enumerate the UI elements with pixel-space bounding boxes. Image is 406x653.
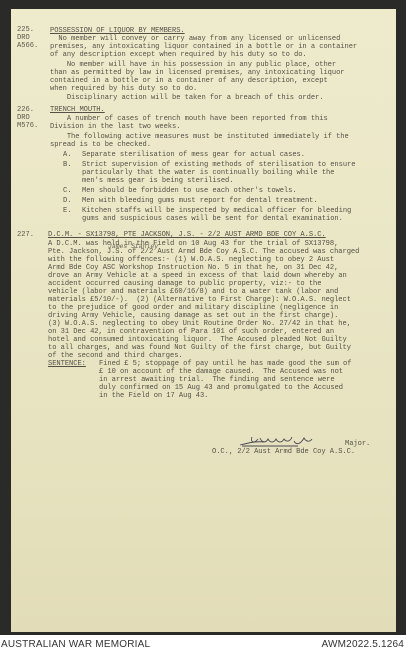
order-ref-number: A566. xyxy=(17,42,38,50)
order-number: 226. xyxy=(17,106,34,114)
measure-letter: B. xyxy=(63,161,71,169)
sentence-line: £ 10 on account of the damage caused. Th… xyxy=(99,368,343,376)
measure-line: gums and suspicious cases will be sent f… xyxy=(82,215,343,223)
sentence-line: in the Field on 17 Aug 43. xyxy=(99,392,208,400)
sentence-line: Fined £ 5; stoppage of pay until he has … xyxy=(99,360,351,368)
measure-line: men's mess gear is being sterilised. xyxy=(82,177,233,185)
order-line: contained in a bottle or in a container … xyxy=(50,77,328,85)
signatory-rank: Major. xyxy=(345,440,370,448)
order-line: premises, any intoxicating liquor contai… xyxy=(50,43,357,51)
order-title: D.C.M. - SX13798, PTE JACKSON, J.S. - 2/… xyxy=(48,231,326,239)
sentence-label: SENTENCE: xyxy=(48,360,86,368)
order-line: A D.C.M. was held in the Field on 10 Aug… xyxy=(48,240,338,248)
order-line: No member will convey or carry away from… xyxy=(50,35,340,43)
measure-line: Men with bleeding gums must report for d… xyxy=(82,197,318,205)
order-line: of any description except when required … xyxy=(50,51,307,59)
order-line: No member will have in his possession in… xyxy=(50,61,336,69)
measure-letter: E. xyxy=(63,207,71,215)
order-line: to all charges, and was found Not Guilty… xyxy=(48,344,351,352)
order-line: when required by his duty so to do. xyxy=(50,85,197,93)
order-title: POSSESSION OF LIQUOR BY MEMBERS. xyxy=(50,27,185,35)
measure-line: Kitchen staffs will be inspected by medi… xyxy=(82,207,351,215)
measure-line: particularly that the water is continual… xyxy=(82,169,334,177)
order-line: spread is to be checked. xyxy=(50,141,151,149)
order-line: The following active measures must be in… xyxy=(50,133,349,141)
order-line: (3) W.O.A.S. neglecting to obey Unit Rou… xyxy=(48,320,351,328)
order-line: to the prejudice of good order and milit… xyxy=(48,304,338,312)
archive-name: AUSTRALIAN WAR MEMORIAL xyxy=(1,639,150,650)
order-line: accident occurred causing damage to publ… xyxy=(48,280,321,288)
order-ref: DRO xyxy=(17,34,30,42)
order-line: of the second and third charges. xyxy=(48,352,183,360)
order-ref: DRO xyxy=(17,114,30,122)
sentence-line: duly confirmed on 15 Aug 43 and promulga… xyxy=(99,384,343,392)
order-line: Disciplinary action will be taken for a … xyxy=(50,94,323,102)
measure-letter: A. xyxy=(63,151,71,159)
measure-line: Separate sterilisation of mess gear for … xyxy=(82,151,305,159)
order-line: driving Army Vehicle, causing damage as … xyxy=(48,312,338,320)
order-line: than as permitted by law in licensed pre… xyxy=(50,69,345,77)
order-ref-number: M576. xyxy=(17,122,38,130)
order-line: vehicle (labor and materials £60/16/8) a… xyxy=(48,288,338,296)
order-line: materials £5/10/-). (2) (Alternative to … xyxy=(48,296,351,304)
order-line: on 31 Dec 42, in contravention of Para 1… xyxy=(48,328,334,336)
measure-letter: D. xyxy=(63,197,71,205)
measure-line: Men should be forbidden to use each othe… xyxy=(82,187,297,195)
sentence-line: in arrest awaiting trial. The finding an… xyxy=(99,376,335,384)
order-number: 225. xyxy=(17,26,34,34)
measure-letter: C. xyxy=(63,187,71,195)
order-line: Armd Bde Coy ASC Workshop Instruction No… xyxy=(48,264,338,272)
handwritten-signature xyxy=(238,433,318,449)
order-line: Division in the last two weeks. xyxy=(50,123,180,131)
order-line: Pte. Jackson, J.S. of 2/2 Aust Armd Bde … xyxy=(48,248,359,256)
order-line: drove an Army Vehicle at a speed in exce… xyxy=(48,272,347,280)
order-line: A number of cases of trench mouth have b… xyxy=(50,115,328,123)
signatory-title: O.C., 2/2 Aust Armd Bde Coy A.S.C. xyxy=(212,448,355,456)
order-line: hotel and consumed intoxicating liquor. … xyxy=(48,336,347,344)
order-title: TRENCH MOUTH. xyxy=(50,106,105,114)
archive-reference: AWM2022.5.1264 xyxy=(322,639,404,650)
order-number: 227. xyxy=(17,231,34,239)
measure-line: Strict supervision of existing methods o… xyxy=(82,161,355,169)
order-line: with the following offences:- (1) W.O.A.… xyxy=(48,256,334,264)
